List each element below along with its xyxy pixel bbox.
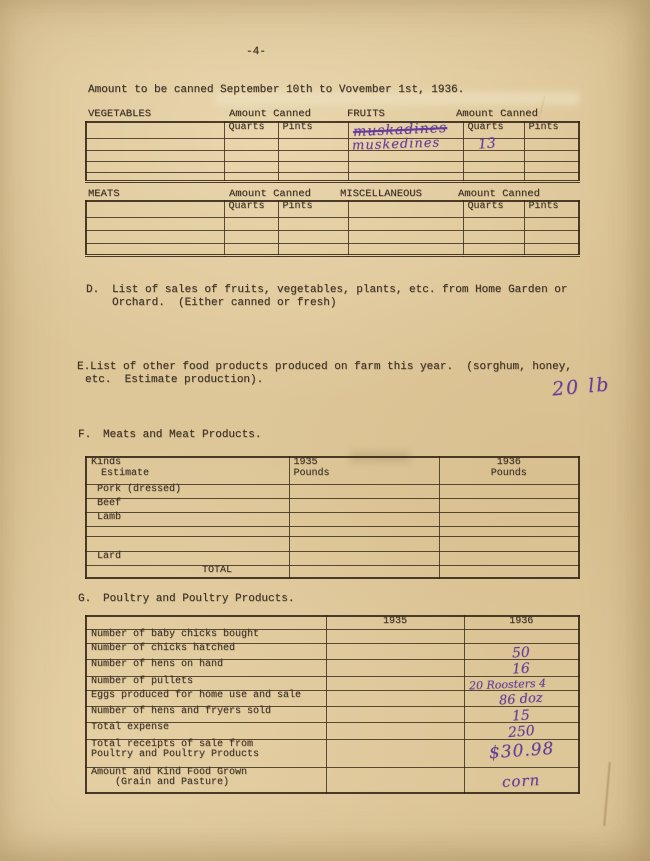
fruit-pints-header: Pints — [524, 122, 579, 138]
misc-pints-header: Pints — [524, 201, 579, 217]
veg-pints-header: Pints — [278, 122, 348, 138]
paper-crease — [603, 762, 610, 826]
g-header-1935: 1935 — [326, 616, 464, 629]
meats-label: MEATS — [88, 188, 120, 200]
estimate-label: Estimate — [91, 468, 149, 479]
amount-canned-label: Amount Canned — [456, 108, 538, 120]
g-row-value-1936: 20 Roosters 4 — [468, 677, 545, 691]
poultry-products-table: 1935 1936 Number of baby chicks bought N… — [85, 615, 580, 794]
section-d-line2: Orchard. (Either canned or fresh) — [112, 297, 336, 310]
section-g-title: Poultry and Poultry Products. — [103, 593, 294, 606]
g-row-value-1936: 15 — [512, 708, 531, 724]
misc-quarts-header: Quarts — [463, 201, 524, 217]
section-d-letter: D. — [86, 284, 99, 297]
year-1936-label: 1936 — [497, 457, 521, 468]
g-row-label-line2: (Grain and Pasture) — [91, 777, 229, 788]
section-f-letter: F. — [78, 429, 91, 442]
section-f-title: Meats and Meat Products. — [103, 429, 261, 442]
f-header-1935: 1935Pounds — [289, 457, 439, 484]
g-row-value-1936: $30.98 — [488, 740, 555, 762]
meats-misc-table: Quarts Pints Quarts Pints — [85, 200, 580, 257]
g-row-label: Total receipts of sale from — [91, 739, 253, 750]
g-row-value-1936: 86 doz — [499, 691, 544, 708]
page-number: -4- — [246, 46, 266, 59]
f-header-1936: 1936Pounds — [439, 457, 579, 484]
pounds-label: Pounds — [294, 468, 330, 479]
handwritten-note-20lb: 20 lb — [551, 373, 611, 400]
meat-pints-header: Pints — [278, 201, 348, 217]
miscellaneous-label: MISCELLANEOUS — [340, 188, 422, 200]
amount-canned-label: Amount Canned — [229, 108, 311, 120]
g-row-label: Number of hens and fryers sold — [86, 706, 326, 723]
f-header-kinds: KindsEstimate — [86, 457, 289, 484]
g-row-label: Total expense — [86, 723, 326, 740]
year-1935-label: 1935 — [294, 457, 318, 468]
meat-products-table: KindsEstimate 1935Pounds 1936Pounds Pork… — [85, 456, 580, 579]
scanned-document-page: -4- Amount to be canned September 10th t… — [0, 0, 650, 861]
fruits-label: FRUITS — [347, 108, 385, 120]
section-d-line1: List of sales of fruits, vegetables, pla… — [112, 284, 567, 297]
intro-line: Amount to be canned September 10th to Vo… — [88, 84, 464, 97]
veg-quarts-header: Quarts — [224, 122, 278, 138]
section-e-line2: etc. Estimate production). — [85, 374, 263, 387]
g-row-label: Number of hens on hand — [86, 660, 326, 677]
g-header-1936: 1936 — [464, 616, 579, 629]
g-row-value-1936: 50 — [512, 645, 531, 661]
section-e-line1: List of other food products produced on … — [90, 361, 572, 374]
g-row-label-line2: Poultry and Poultry Products — [91, 749, 259, 760]
g-row-label: Eggs produced for home use and sale — [86, 691, 326, 707]
g-row-value-1936: 16 — [512, 662, 531, 678]
f-total-label: TOTAL — [86, 565, 289, 578]
section-g-letter: G. — [78, 593, 91, 606]
f-row-label: Lamb — [86, 512, 289, 526]
amount-canned-label: Amount Canned — [458, 188, 540, 200]
vegetables-label: VEGETABLES — [88, 108, 151, 120]
g-row-value-1936: corn — [502, 773, 541, 791]
handwritten-fruit-name: muskedines — [352, 135, 441, 153]
g-row-label: Amount and Kind Food Grown — [91, 767, 247, 778]
handwritten-fruit-quarts: 13 — [477, 135, 496, 152]
vegetables-fruits-table: Quarts Pints Quarts Pints — [85, 121, 580, 183]
g-row-label: Number of baby chicks bought — [86, 629, 326, 643]
pounds-label: Pounds — [491, 468, 527, 479]
f-row-label: Pork (dressed) — [86, 484, 289, 498]
meat-quarts-header: Quarts — [224, 201, 278, 217]
g-row-value-1936 — [464, 629, 579, 643]
f-row-label: Lard — [86, 551, 289, 565]
veg-name-header-cell — [86, 122, 224, 138]
kinds-label: Kinds — [91, 457, 121, 468]
g-row-label: Number of pullets — [86, 676, 326, 691]
g-row-value-1936: 250 — [507, 724, 535, 741]
amount-canned-label: Amount Canned — [229, 188, 311, 200]
section-e-letter: E. — [77, 361, 90, 374]
g-row-label: Number of chicks hatched — [86, 643, 326, 660]
f-row-label: Beef — [86, 498, 289, 512]
